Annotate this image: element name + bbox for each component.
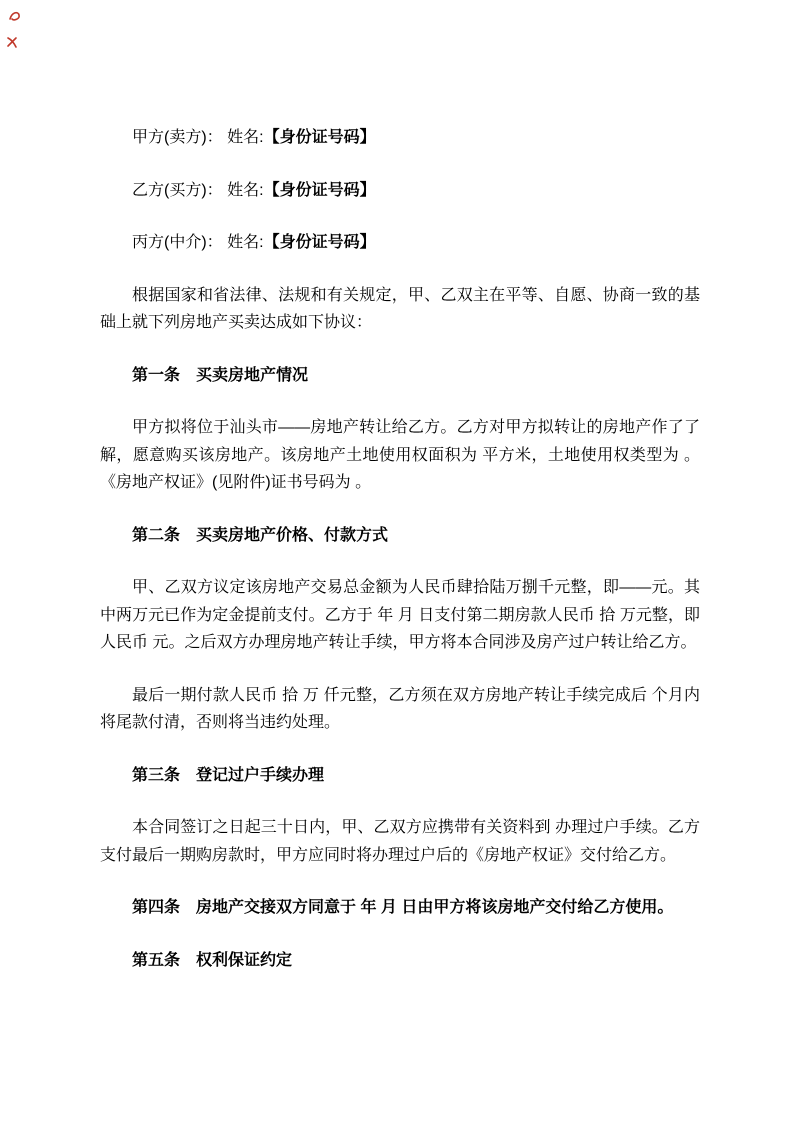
red-pen-stroke-icon [7,9,22,24]
clause-1-paragraph: 甲方拟将位于汕头市——房地产转让给乙方。乙方对甲方拟转让的房地产作了了解，愿意购… [100,414,700,497]
clause-4-heading: 第四条 房地产交接双方同意于 年 月 日由甲方将该房地产交付给乙方使用。 [100,894,700,922]
party-seller-id-placeholder: 【身份证号码】 [264,129,376,146]
party-buyer-label: 乙方(买方)： 姓名: [132,182,264,199]
clause-5-heading: 第五条 权利保证约定 [100,947,700,975]
clause-2-paragraph-2: 最后一期付款人民币 拾 万 仟元整，乙方须在双方房地产转让手续完成后 个月内将尾… [100,682,700,737]
party-agent-id-placeholder: 【身份证号码】 [264,234,376,251]
clause-2-paragraph-1: 甲、乙双方议定该房地产交易总金额为人民币肆拾陆万捌千元整，即——元。其中两万元已… [100,574,700,657]
contract-body: 甲方(卖方)： 姓名:【身份证号码】 乙方(买方)： 姓名:【身份证号码】 丙方… [100,124,700,999]
clause-1-heading: 第一条 买卖房地产情况 [100,362,700,390]
party-seller-label: 甲方(卖方)： 姓名: [132,129,264,146]
party-line-seller: 甲方(卖方)： 姓名:【身份证号码】 [100,124,700,152]
red-pen-stroke-icon [5,34,20,49]
party-buyer-id-placeholder: 【身份证号码】 [264,182,376,199]
document-page: 甲方(卖方)： 姓名:【身份证号码】 乙方(买方)： 姓名:【身份证号码】 丙方… [0,0,793,1122]
preamble-paragraph: 根据国家和省法律、法规和有关规定，甲、乙双主在平等、自愿、协商一致的基础上就下列… [100,282,700,337]
party-agent-label: 丙方(中介)： 姓名: [132,234,264,251]
clause-3-heading: 第三条 登记过户手续办理 [100,762,700,790]
party-line-buyer: 乙方(买方)： 姓名:【身份证号码】 [100,177,700,205]
clause-3-paragraph: 本合同签订之日起三十日内，甲、乙双方应携带有关资料到 办理过户手续。乙方支付最后… [100,814,700,869]
party-line-agent: 丙方(中介)： 姓名:【身份证号码】 [100,229,700,257]
clause-2-heading: 第二条 买卖房地产价格、付款方式 [100,522,700,550]
